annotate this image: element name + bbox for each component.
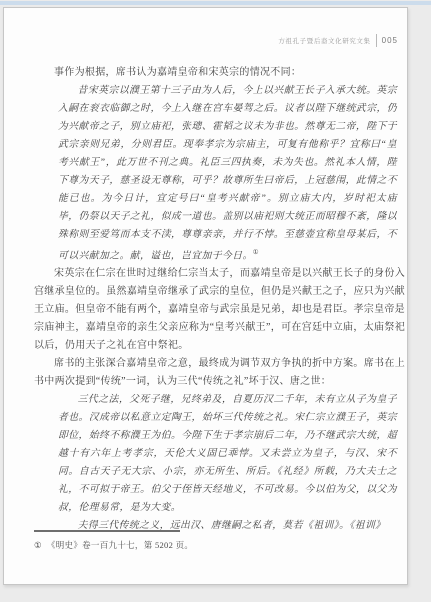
quote-1-text: 昔宋英宗以濮王第十三子由为人后，今上以兴献王长子入承大统。英宗入嗣在衮衣临御之时… [58,85,397,261]
book-page: 方祖孔子暨后裔文化研究文集 005 事作为根据，席书认为嘉靖皇帝和宋英宗的情况不… [3,7,408,585]
quote-block-1: 昔宋英宗以濮王第十三子由为人后，今上以兴献王长子入承大统。英宗入嗣在衮衣临御之时… [58,82,397,265]
body-paragraph-3: 席书的主张深合嘉靖皇帝之意，最终成为调节双方争执的折中方案。席书在上书中两次提到… [34,355,405,391]
body-paragraph-2: 宋英宗在仁宗在世时过继给仁宗当太子，而嘉靖皇帝是以兴献王长子的身份入宫继承皇位的… [34,265,405,355]
header-divider [376,34,377,47]
footnote-text: 《明史》卷一百九十七，第 5202 页。 [47,539,193,552]
body-paragraph-1: 事作为根据，席书认为嘉靖皇帝和宋英宗的情况不同： [34,64,405,82]
scan-top-strip [0,1,431,5]
footnote-ref: ① [253,249,259,256]
page-number: 005 [382,36,398,45]
footnote-marker: ① [34,539,42,552]
page-header: 方祖孔子暨后裔文化研究文集 005 [278,34,398,47]
page-body: 事作为根据，席书认为嘉靖皇帝和宋英宗的情况不同： 昔宋英宗以濮王第十三子由为人后… [34,64,405,535]
footnote-section: ① 《明史》卷一百九十七，第 5202 页。 [34,530,405,552]
running-title: 方祖孔子暨后裔文化研究文集 [278,36,370,45]
footnote-divider [34,530,180,532]
quote-block-2: 三代之法，父死子继，兄终弟及，自夏历汉二千年，未有立从子为皇子者也。汉成帝以私意… [58,391,397,517]
footnote: ① 《明史》卷一百九十七，第 5202 页。 [34,539,405,552]
